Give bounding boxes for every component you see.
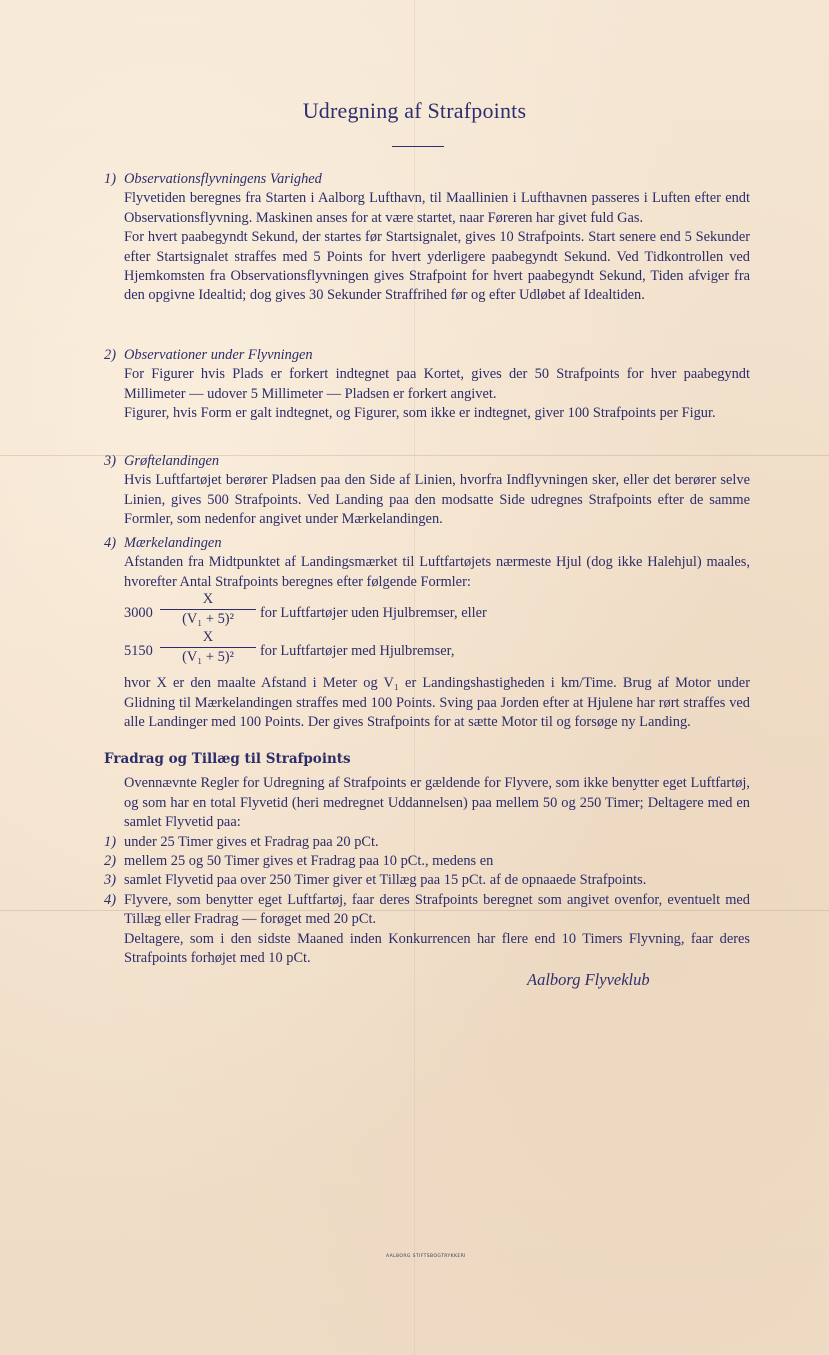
formula-coefficient: 5150: [124, 642, 153, 661]
item-text: mellem 25 og 50 Timer gives et Fradrag p…: [124, 852, 750, 871]
adjustments-heading: Fradrag og Tillæg til Strafpoints: [104, 750, 750, 769]
formula-numerator: X: [160, 628, 256, 648]
adjustment-item: 1) under 25 Timer gives et Fradrag paa 2…: [100, 833, 750, 852]
item-text: under 25 Timer gives et Fradrag paa 20 p…: [124, 833, 750, 852]
section-paragraph: Hvis Luftfartøjet berører Pladsen paa de…: [124, 471, 750, 529]
formula-text: for Luftfartøjer med Hjulbremser,: [260, 642, 454, 661]
section-heading: Grøftelandingen: [124, 452, 750, 471]
section-heading: Observationer under Flyvningen: [124, 346, 750, 365]
adjustment-item: 2) mellem 25 og 50 Timer gives et Fradra…: [100, 852, 750, 871]
adjustment-item: 3) samlet Flyvetid paa over 250 Timer gi…: [100, 871, 750, 890]
item-number: 1): [104, 833, 116, 852]
section-paragraph: Figurer, hvis Form er galt indtegnet, og…: [124, 404, 750, 423]
formula-fraction: X (V₁ + 5)²: [160, 628, 256, 667]
section-2: 2) Observationer under Flyvningen For Fi…: [100, 346, 750, 424]
section-paragraph: For Figurer hvis Plads er forkert indteg…: [124, 365, 750, 404]
section-number: 3): [104, 452, 116, 471]
formula-denominator: (V₁ + 5)²: [160, 610, 256, 629]
formula-numerator: X: [160, 590, 256, 610]
signature: Aalborg Flyveklub: [527, 970, 650, 990]
section-paragraph: hvor X er den maalte Afstand i Meter og …: [124, 674, 750, 732]
section-number: 2): [104, 346, 116, 365]
section-paragraph: For hvert paabegyndt Sekund, der startes…: [124, 228, 750, 306]
section-heading: Mærkelandingen: [124, 534, 750, 553]
item-text: Flyvere, som benytter eget Luftfartøj, f…: [124, 891, 750, 930]
section-paragraph: Afstanden fra Midtpunktet af Landingsmær…: [124, 553, 750, 592]
formula-with-brakes: 5150 X (V₁ + 5)² for Luftfartøjer med Hj…: [124, 636, 750, 674]
section-paragraph: Flyvetiden beregnes fra Starten i Aalbor…: [124, 189, 750, 228]
section-3: 3) Grøftelandingen Hvis Luftfartøjet ber…: [100, 452, 750, 530]
item-number: 3): [104, 871, 116, 890]
formula-fraction: X (V₁ + 5)²: [160, 590, 256, 629]
section-4: 4) Mærkelandingen Afstanden fra Midtpunk…: [100, 534, 750, 732]
item-text: samlet Flyvetid paa over 250 Timer giver…: [124, 871, 750, 890]
adjustments-closing: Deltagere, som i den sidste Maaned inden…: [124, 930, 750, 969]
adjustments-section: Fradrag og Tillæg til Strafpoints Ovennæ…: [100, 750, 750, 968]
page-title: Udregning af Strafpoints: [0, 98, 829, 124]
formula-text: for Luftfartøjer uden Hjulbremser, eller: [260, 604, 487, 623]
item-number: 4): [104, 891, 116, 910]
item-number: 2): [104, 852, 116, 871]
section-number: 1): [104, 170, 116, 189]
section-heading: Observationsflyvningens Varighed: [124, 170, 750, 189]
section-number: 4): [104, 534, 116, 553]
title-rule: [392, 146, 444, 147]
formula-denominator: (V₁ + 5)²: [160, 648, 256, 667]
printer-imprint: AALBORG STIFTSBOGTRYKKERI: [386, 1254, 466, 1259]
adjustments-intro: Ovennævnte Regler for Udregning af Straf…: [124, 774, 750, 832]
formula-coefficient: 3000: [124, 604, 153, 623]
section-1: 1) Observationsflyvningens Varighed Flyv…: [100, 170, 750, 306]
adjustment-item: 4) Flyvere, som benytter eget Luftfartøj…: [100, 891, 750, 930]
